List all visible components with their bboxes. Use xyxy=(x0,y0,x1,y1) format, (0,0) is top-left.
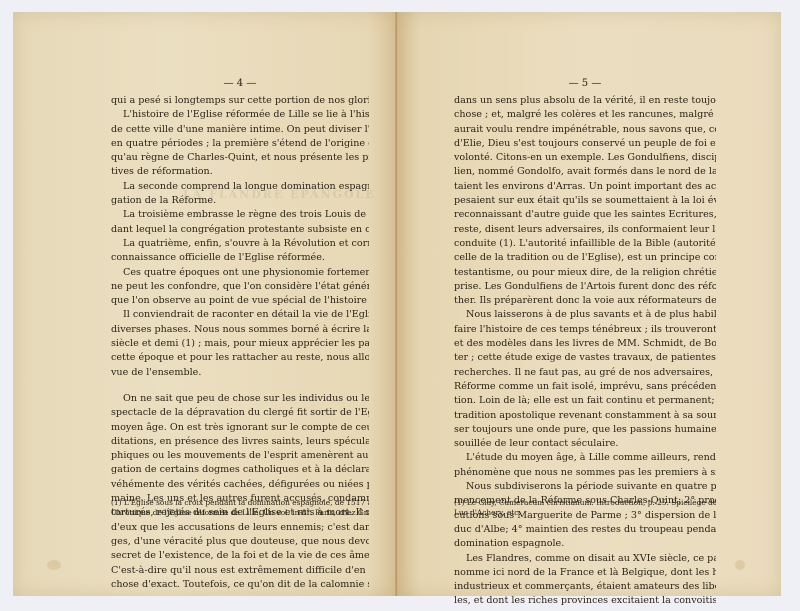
text-line: phiques ou les mouvements de l'esprit am… xyxy=(111,449,369,463)
text-line: celle de la tradition ou de l'Eglise), e… xyxy=(454,251,716,265)
text-line: cette époque et pour les rattacher au re… xyxy=(111,351,369,365)
text-line: Ces quatre époques ont une physionomie f… xyxy=(111,266,369,280)
text-line: faire l'histoire de ces temps ténébreux … xyxy=(454,323,716,337)
text-line: taient les environs d'Arras. Un point im… xyxy=(454,180,716,194)
text-line: conduite (1). L'autorité infaillible de … xyxy=(454,237,716,251)
text-line: secret de l'existence, de la foi et de l… xyxy=(111,549,369,563)
text-line: gation de certains dogmes catholiques et… xyxy=(111,463,369,477)
text-line: chose d'exact. Toutefois, ce qu'on dit d… xyxy=(111,578,369,592)
text-line: duc d'Albe; 4° maintien des restes du tr… xyxy=(454,523,716,537)
text-line: La troisième embrasse le règne des trois… xyxy=(111,208,369,222)
text-line: reste, disent leurs adversaires, ils con… xyxy=(454,223,716,237)
text-line: ser toujours une onde pure, que les pass… xyxy=(454,423,716,437)
page-number: — 5 — xyxy=(454,78,716,89)
footnote: (1) L'Eglise sous la croix pendant la do… xyxy=(111,498,369,517)
text-line: connaissance officielle de l'Eglise réfo… xyxy=(111,251,369,265)
text-line: C'est-à-dire qu'il nous est extrêmement … xyxy=(111,564,369,578)
text-line: prise. Les Gondulfiens de l'Artois furen… xyxy=(454,280,716,294)
text-line: ne peut les confondre, que l'on considèr… xyxy=(111,280,369,294)
text-line: de cette ville d'une manière intime. On … xyxy=(111,123,369,137)
text-line: nomme ici nord de la France et là Belgiq… xyxy=(454,566,716,580)
paper-stain xyxy=(735,560,745,570)
text-line: Nous laisserons à de plus savants et à d… xyxy=(454,308,716,322)
text-line: ter ; cette étude exige de vastes travau… xyxy=(454,351,716,365)
text-line: On ne sait que peu de chose sur les indi… xyxy=(111,392,369,406)
body-text: qui a pesé si longtemps sur cette portio… xyxy=(111,94,369,592)
text-line: volonté. Citons-en un exemple. Les Gondu… xyxy=(454,151,716,165)
text-line: La seconde comprend la longue domination… xyxy=(111,180,369,194)
text-line: Les Flandres, comme on disait au XVIe si… xyxy=(454,552,716,566)
footnote: (1) Le Glay, Cameracum christianum. Intr… xyxy=(454,498,716,517)
text-line: Réforme comme un fait isolé, imprévu, sa… xyxy=(454,380,716,394)
text-line: domination espagnole. xyxy=(454,537,716,551)
text-line: gation de la Réforme. xyxy=(111,194,369,208)
text-line: L'étude du moyen âge, à Lille comme aill… xyxy=(454,451,716,465)
text-line: moyen âge. On est très ignorant sur le c… xyxy=(111,421,369,435)
footnote-line: Chronique de l'Eglise réformée de Lille.… xyxy=(111,508,369,518)
text-line: testantisme, ou pour mieux dire, de la r… xyxy=(454,266,716,280)
text-line: ges, d'une véracité plus que douteuse, q… xyxy=(111,535,369,549)
footnote-line: (1) L'Eglise sous la croix pendant la do… xyxy=(111,498,369,508)
text-line: que l'on observe au point de vue spécial… xyxy=(111,294,369,308)
text-line: recherches. Il ne faut pas, au gré de no… xyxy=(454,366,716,380)
text-line: d'Elie, Dieu s'est toujours conservé un … xyxy=(454,137,716,151)
text-line: spectacle de la dépravation du clergé fi… xyxy=(111,406,369,420)
page-number: — 4 — xyxy=(111,78,369,89)
text-line: véhémente des vérités cachées, défigurée… xyxy=(111,478,369,492)
text-line: dans un sens plus absolu de la vérité, i… xyxy=(454,94,716,108)
text-line: L'histoire de l'Eglise réformée de Lille… xyxy=(111,108,369,122)
text-line: Il conviendrait de raconter en détail la… xyxy=(111,308,369,322)
text-line: tradition apostolique revenant constamme… xyxy=(454,409,716,423)
body-text: dans un sens plus absolu de la vérité, i… xyxy=(454,94,716,609)
text-line: qu'au règne de Charles-Quint, et nous pr… xyxy=(111,151,369,165)
text-line: en quatre périodes ; la première s'étend… xyxy=(111,137,369,151)
text-line: dant lequel la congrégation protestante … xyxy=(111,223,369,237)
text-line: souillée de leur contact séculaire. xyxy=(454,437,716,451)
paper-stain xyxy=(47,560,61,570)
text-line: pesaient sur eux était qu'ils se soumett… xyxy=(454,194,716,208)
section-gap xyxy=(111,380,369,392)
text-line: ditations, en présence des livres saints… xyxy=(111,435,369,449)
footnote-line: Luc d'Achery, etc. xyxy=(454,508,716,518)
text-line: La quatrième, enfin, s'ouvre à la Révolu… xyxy=(111,237,369,251)
footnote-line: (1) Le Glay, Cameracum christianum. Intr… xyxy=(454,498,716,508)
text-line: et des modèles dans les livres de MM. Sc… xyxy=(454,337,716,351)
text-line: lien, nommé Gondolfo, avait formés dans … xyxy=(454,165,716,179)
text-line: les, et dont les riches provinces excita… xyxy=(454,594,716,608)
text-line: ther. Ils préparèrent donc la voie aux r… xyxy=(454,294,716,308)
text-line: reconnaissant d'autre guide que les sain… xyxy=(454,208,716,222)
right-page: — 5 — dans un sens plus absolu de la vér… xyxy=(397,12,781,596)
text-line: d'eux que les accusations de leurs ennem… xyxy=(111,521,369,535)
text-line: vue de l'ensemble. xyxy=(111,366,369,380)
left-page: LA FLANDRE ÉPANGOLE — 4 — qui a pesé si … xyxy=(13,12,398,596)
text-line: Nous subdiviserons la période suivante e… xyxy=(454,480,716,494)
text-line: chose ; et, malgré les colères et les ra… xyxy=(454,108,716,122)
text-line: industrieux et commerçants, étaient amat… xyxy=(454,580,716,594)
text-line: siècle et demi (1) ; mais, pour mieux ap… xyxy=(111,337,369,351)
text-line: diverses phases. Nous nous sommes borné … xyxy=(111,323,369,337)
text-line: tion. Loin de là; elle est un fait conti… xyxy=(454,394,716,408)
text-line: aurait voulu rendre impénétrable, nous s… xyxy=(454,123,716,137)
text-line: tives de réformation. xyxy=(111,165,369,179)
text-line: qui a pesé si longtemps sur cette portio… xyxy=(111,94,369,108)
text-line: phénomène que nous ne sommes pas les pre… xyxy=(454,466,716,480)
